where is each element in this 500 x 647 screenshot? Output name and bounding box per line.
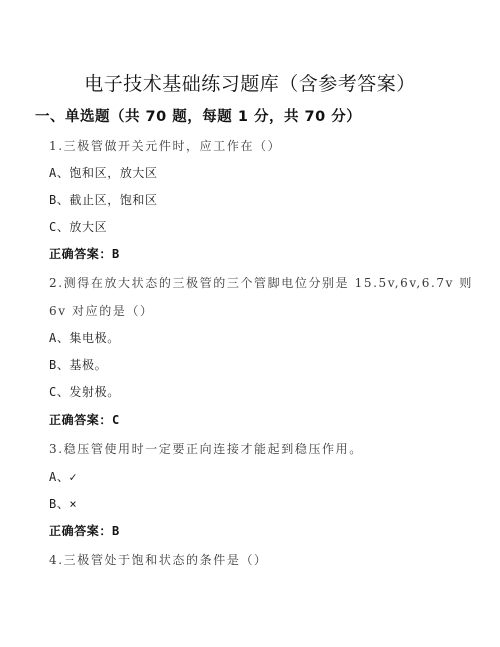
question-1-option-c: C、放大区 bbox=[49, 218, 107, 236]
question-2-answer: 正确答案：C bbox=[49, 411, 120, 429]
question-3-option-b: B、× bbox=[49, 495, 77, 513]
document-title: 电子技术基础练习题库（含参考答案） bbox=[0, 72, 500, 96]
question-4-text: 4.三极管处于饱和状态的条件是（） bbox=[49, 551, 268, 569]
question-3-text: 3.稳压管使用时一定要正向连接才能起到稳压作用。 bbox=[49, 440, 363, 458]
question-3-option-a: A、✓ bbox=[49, 468, 77, 486]
question-1-answer: 正确答案：B bbox=[49, 245, 120, 263]
section-heading-single-choice: 一、单选题（共 70 题，每题 1 分，共 70 分） bbox=[35, 106, 361, 128]
question-2-text-line-1: 2.测得在放大状态的三极管的三个管脚电位分别是 15.5v,6v,6.7v 则 bbox=[49, 274, 473, 292]
question-1-option-a: A、饱和区，放大区 bbox=[49, 164, 158, 182]
document-page: 电子技术基础练习题库（含参考答案） 一、单选题（共 70 题，每题 1 分，共 … bbox=[0, 0, 500, 647]
question-2-option-c: C、发射极。 bbox=[49, 383, 120, 401]
question-3-answer: 正确答案：B bbox=[49, 522, 120, 540]
question-1-text: 1.三极管做开关元件时，应工作在（） bbox=[49, 137, 281, 155]
question-2-option-a: A、集电极。 bbox=[49, 329, 120, 347]
question-2-text-line-2: 6v 对应的是（） bbox=[49, 302, 154, 320]
question-1-option-b: B、截止区，饱和区 bbox=[49, 191, 158, 209]
question-2-option-b: B、基极。 bbox=[49, 356, 107, 374]
